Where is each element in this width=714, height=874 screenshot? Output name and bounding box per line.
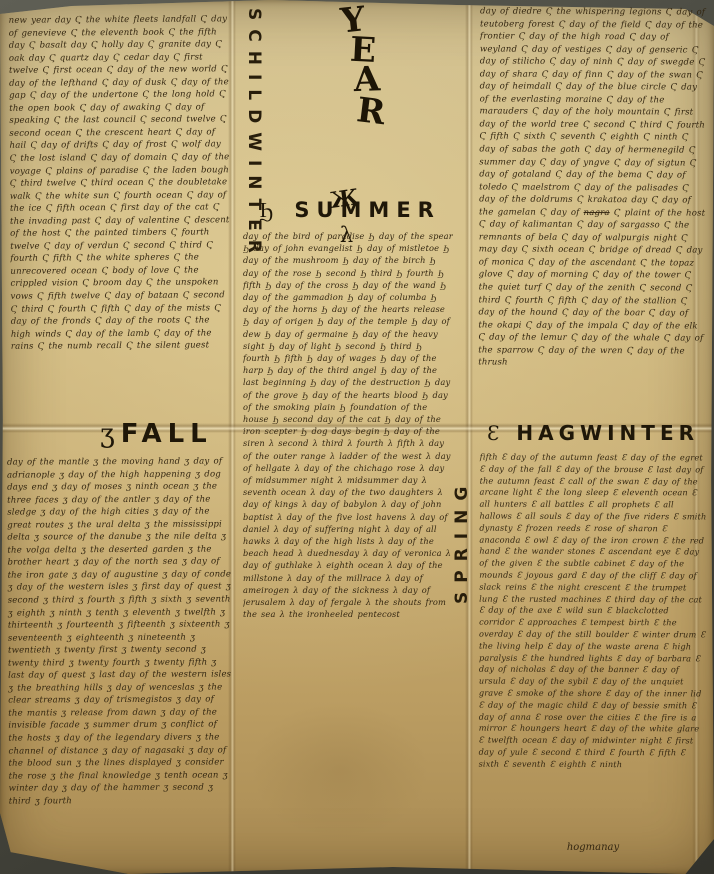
- hagwinter-section-header: Ɛ HAGWINTER: [479, 421, 707, 445]
- fall-header-glyph: ʒ: [100, 419, 121, 449]
- fold-crease-vertical-right: [465, 0, 473, 874]
- summer-header-left-glyph: Ϧ: [259, 198, 280, 222]
- hagwinter-header-glyph: Ɛ: [487, 421, 504, 445]
- photo-backdrop: new year day Ϛ the white fleets landfall…: [0, 0, 714, 874]
- spring-day-list: day of diedre Ϛ the whispering legions Ϛ…: [478, 5, 708, 422]
- year-title: Y E A R: [322, 6, 392, 126]
- age-stain: [250, 700, 430, 840]
- hogmanay-footer: hogmanay: [479, 842, 707, 853]
- fall-section-header: ʒFALL: [100, 419, 213, 449]
- fall-day-list: day of the mantle ʒ the moving hand ʒ da…: [7, 455, 233, 864]
- spring-struck-day: nagra: [584, 208, 610, 218]
- summer-header-label: SUMMER: [294, 198, 441, 222]
- schildwinter-day-list: new year day Ϛ the white fleets landfall…: [9, 13, 232, 423]
- fall-header-label: FALL: [121, 419, 213, 449]
- hagwinter-header-label: HAGWINTER: [516, 421, 699, 445]
- summer-day-list: day of the bird of paradise Ϧ day of the…: [243, 230, 453, 678]
- spring-vertical-label: SPRING: [452, 478, 472, 604]
- hagwinter-day-list: fifth Ɛ day of the autumn feast Ɛ day of…: [478, 452, 707, 843]
- spring-days-before-strike: day of diedre Ϛ the whispering legions Ϛ…: [479, 6, 705, 217]
- spring-days-after-strike: Ϛ plaint of the host Ϛ day of kalimantan…: [478, 208, 705, 368]
